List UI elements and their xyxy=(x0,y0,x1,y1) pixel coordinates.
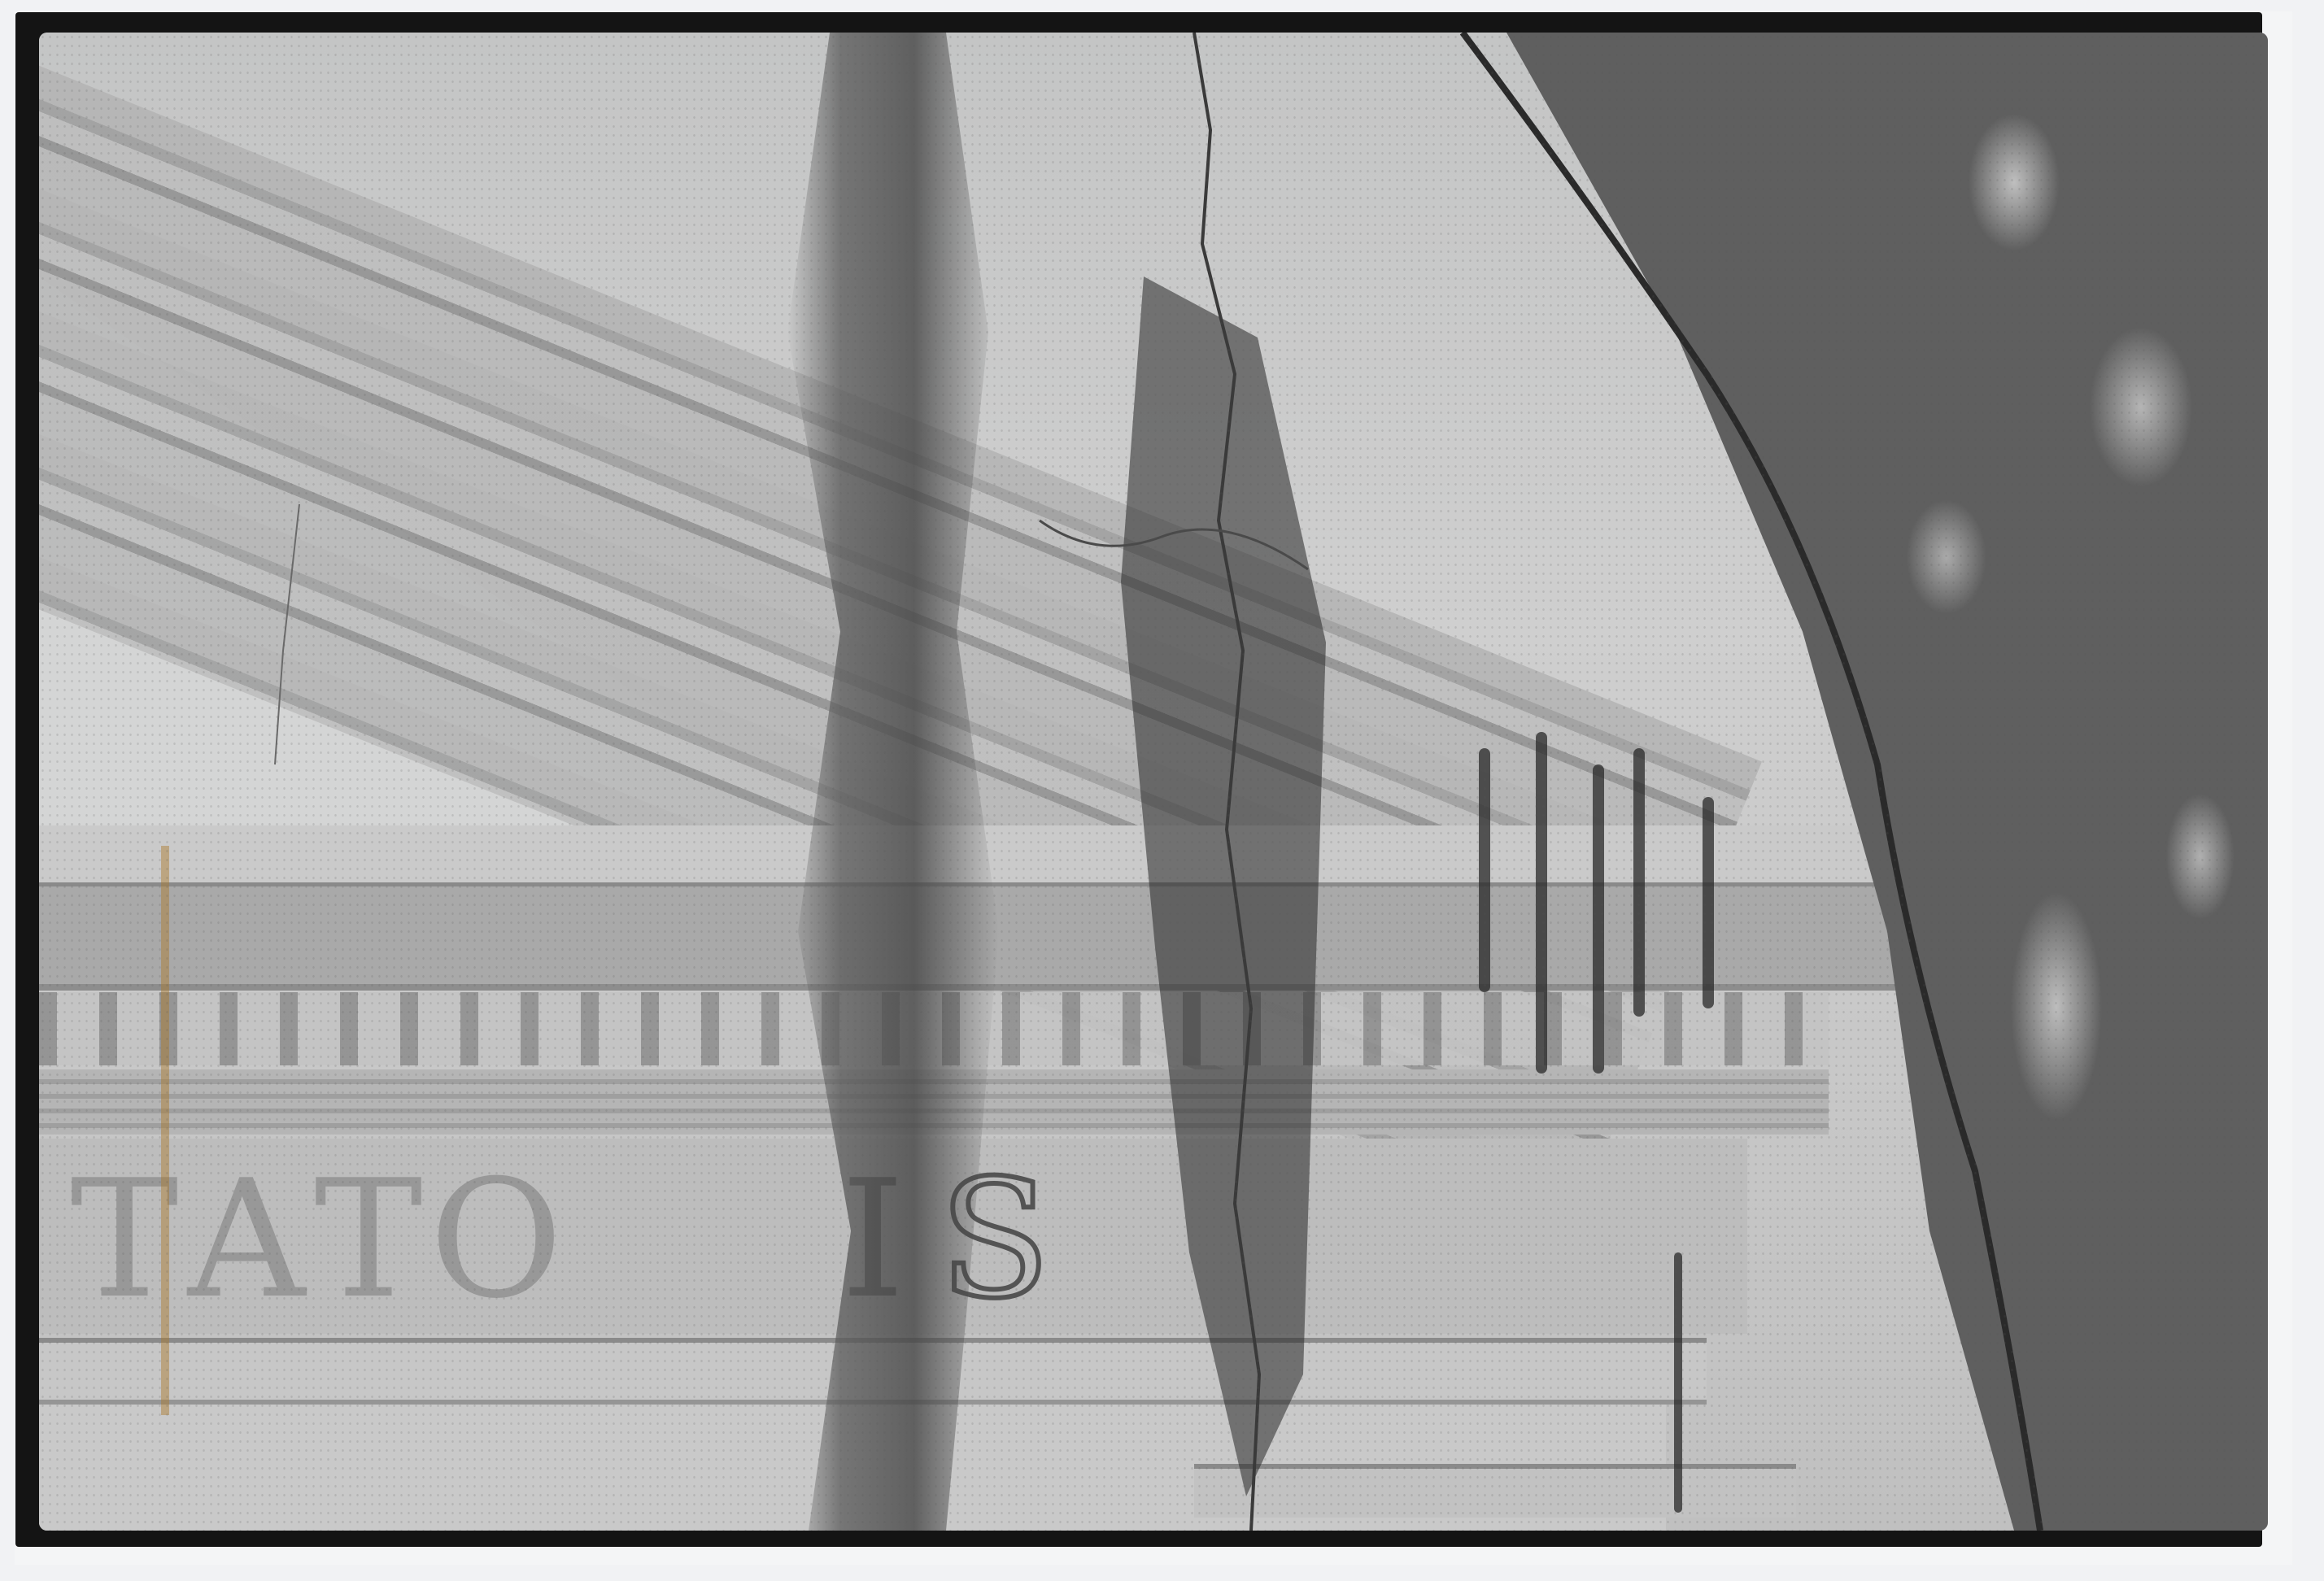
film-grain xyxy=(39,33,2268,1531)
photograph: T A T O I S xyxy=(39,33,2268,1531)
